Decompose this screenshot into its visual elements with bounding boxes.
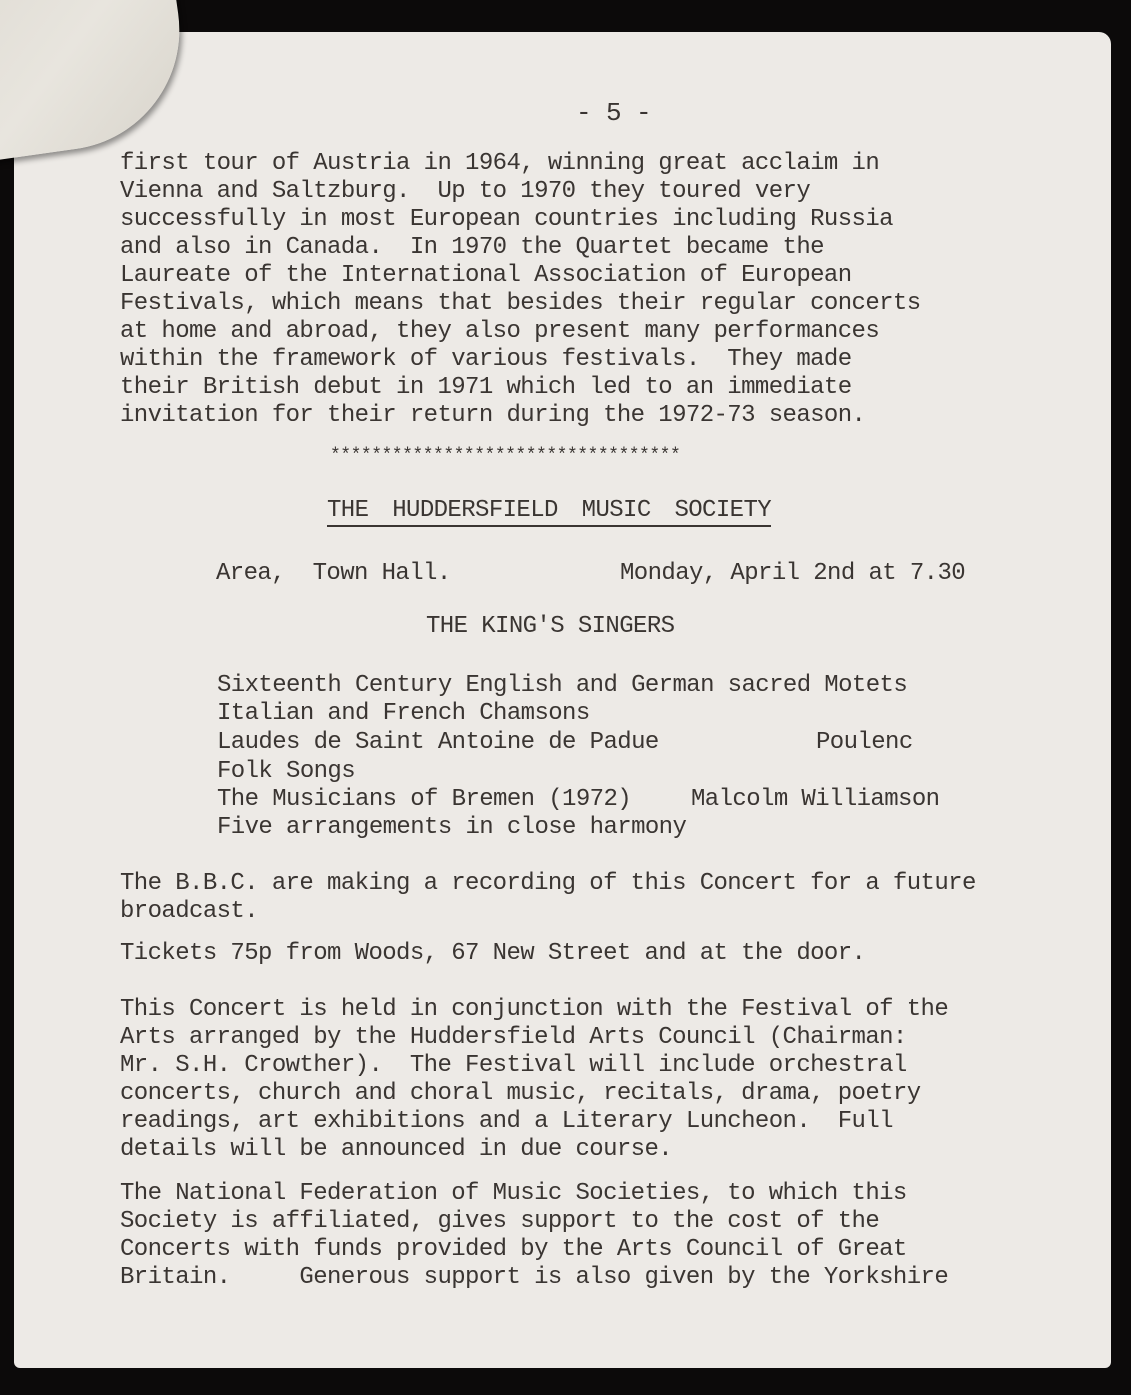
asterisk-separator: **********************************	[330, 446, 680, 466]
festival-line-6: details will be announced in due course.	[120, 1136, 672, 1164]
programme-item-title: Five arrangements in close harmony	[217, 814, 686, 842]
intro-line-4: and also in Canada. In 1970 the Quartet …	[120, 234, 824, 262]
programme-item-title: Sixteenth Century English and German sac…	[217, 672, 907, 700]
bbc-note-line-2: broadcast.	[120, 898, 258, 926]
intro-line-5: Laureate of the International Associatio…	[120, 262, 852, 290]
tickets-note: Tickets 75p from Woods, 67 New Street an…	[120, 940, 865, 968]
festival-line-5: readings, art exhibitions and a Literary…	[120, 1108, 893, 1136]
concert-performers: THE KING'S SINGERS	[426, 613, 674, 641]
federation-line-1: The National Federation of Music Societi…	[120, 1180, 907, 1208]
intro-line-1: first tour of Austria in 1964, winning g…	[120, 150, 879, 178]
programme-item-title: Folk Songs	[217, 758, 355, 786]
intro-line-8: within the framework of various festival…	[120, 346, 852, 374]
festival-line-4: concerts, church and choral music, recit…	[120, 1080, 921, 1108]
programme-item-composer: Poulenc	[816, 729, 913, 757]
festival-line-2: Arts arranged by the Huddersfield Arts C…	[120, 1024, 907, 1052]
intro-line-3: successfully in most European countries …	[120, 206, 893, 234]
federation-line-2: Society is affiliated, gives support to …	[120, 1208, 879, 1236]
programme-item-title: The Musicians of Bremen (1972)	[217, 786, 631, 814]
festival-line-1: This Concert is held in conjunction with…	[120, 996, 948, 1024]
society-heading: THE HUDDERSFIELD MUSIC SOCIETY	[327, 497, 771, 527]
programme-item-title: Laudes de Saint Antoine de Padue	[217, 729, 659, 757]
programme-item-composer: Malcolm Williamson	[691, 786, 939, 814]
intro-line-6: Festivals, which means that besides thei…	[120, 290, 921, 318]
concert-venue: Area, Town Hall.	[216, 560, 451, 588]
bbc-note-line-1: The B.B.C. are making a recording of thi…	[120, 870, 976, 898]
intro-line-10: invitation for their return during the 1…	[120, 402, 865, 430]
typed-document-content: - 5 - first tour of Austria in 1964, win…	[0, 0, 1131, 1395]
federation-line-3: Concerts with funds provided by the Arts…	[120, 1236, 907, 1264]
programme-item-title: Italian and French Chamsons	[217, 700, 590, 728]
page-number: - 5 -	[576, 98, 651, 128]
intro-line-2: Vienna and Saltzburg. Up to 1970 they to…	[120, 178, 810, 206]
concert-datetime: Monday, April 2nd at 7.30	[620, 560, 965, 588]
festival-line-3: Mr. S.H. Crowther). The Festival will in…	[120, 1052, 907, 1080]
intro-line-7: at home and abroad, they also present ma…	[120, 318, 879, 346]
intro-line-9: their British debut in 1971 which led to…	[120, 374, 852, 402]
federation-line-4: Britain. Generous support is also given …	[120, 1264, 948, 1292]
